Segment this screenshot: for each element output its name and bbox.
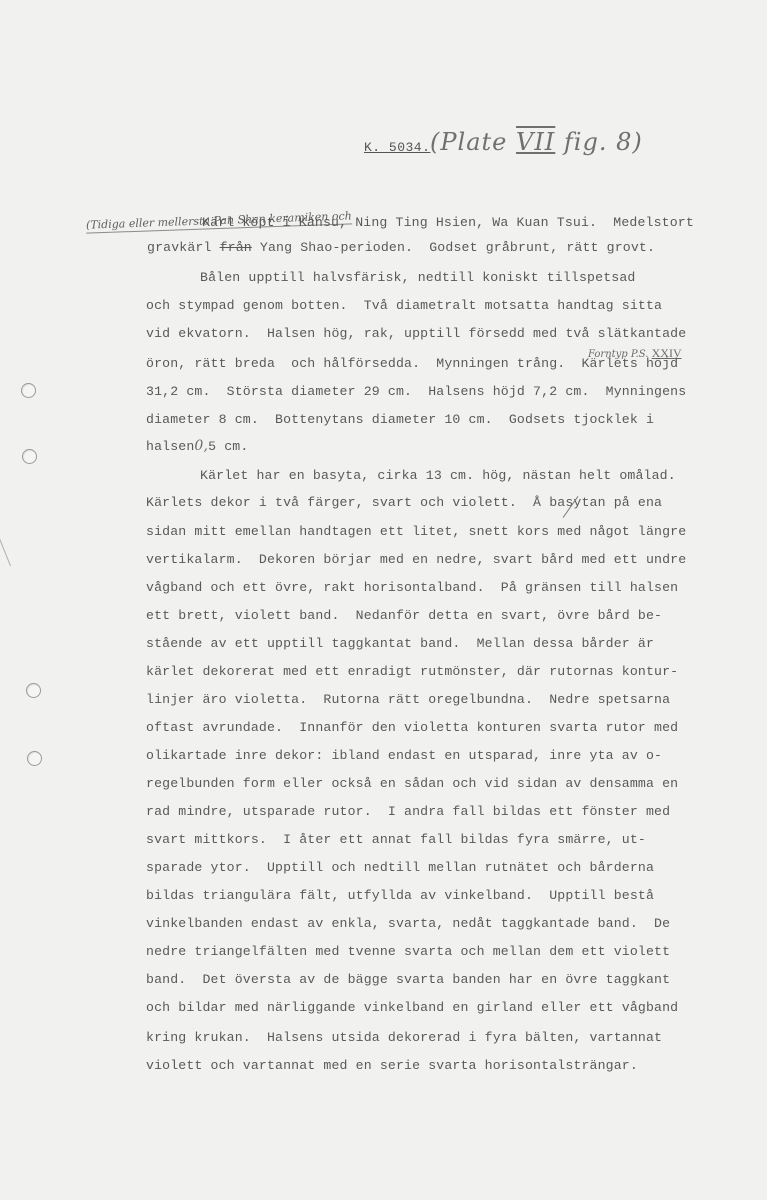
text-line: kärlet dekorerat med ett enradigt rutmön… — [146, 664, 678, 679]
catalog-number: K. 5034. — [364, 140, 430, 155]
text-line: sparade ytor. Upptill och nedtill mellan… — [146, 860, 654, 875]
typewritten-document-page: K. 5034. (Plate VII fig. 8) (Tidiga elle… — [0, 0, 767, 1200]
text-line: och bildar med närliggande vinkelband en… — [146, 1000, 678, 1015]
text-segment: gravkärl — [147, 240, 220, 255]
text-segment: Yang Shao-perioden. Godset gråbrunt, rät… — [252, 240, 655, 255]
text-line: regelbunden form eller också en sådan oc… — [146, 776, 678, 791]
text-line: violett och vartannat med en serie svart… — [146, 1058, 638, 1073]
text-line: vinkelbanden endast av enkla, svarta, ne… — [146, 916, 670, 931]
text-line: Kärlets dekor i två färger, svart och vi… — [146, 495, 662, 510]
punch-hole-icon — [21, 383, 36, 398]
text-line: 31,2 cm. Största diameter 29 cm. Halsens… — [146, 384, 686, 399]
text-line: vertikalarm. Dekoren börjar med en nedre… — [146, 552, 686, 567]
text-line: oftast avrundade. Innanför den violetta … — [146, 720, 678, 735]
plate-prefix: (Plate — [430, 128, 516, 156]
text-line: band. Det översta av de bägge svarta ban… — [146, 972, 670, 987]
punch-hole-icon — [27, 751, 42, 766]
text-line: Kärlet har en basyta, cirka 13 cm. hög, … — [200, 468, 676, 483]
text-line: rad mindre, utsparade rutor. I andra fal… — [146, 804, 670, 819]
text-line: öron, rätt breda och hålförsedda. Mynnin… — [146, 356, 678, 371]
plate-numeral: VII — [516, 128, 555, 156]
handwritten-correction: 0, — [194, 438, 208, 454]
plate-figure: fig. 8) — [555, 128, 642, 156]
text-line: gravkärl från Yang Shao-perioden. Godset… — [147, 240, 655, 255]
text-line: linjer äro violetta. Rutorna rätt oregel… — [146, 692, 670, 707]
text-line: bildas triangulära fält, utfyllda av vin… — [146, 888, 654, 903]
text-line: stående av ett upptill taggkantat band. … — [146, 636, 654, 651]
text-line: kring krukan. Halsens utsida dekorerad i… — [146, 1030, 662, 1045]
text-line: Bålen upptill halvsfärisk, nedtill konis… — [200, 270, 635, 285]
text-segment: 5 cm. — [208, 439, 248, 454]
text-line: Kärl köpt i Kansu, Ning Ting Hsien, Wa K… — [202, 215, 694, 230]
text-line: och stympad genom botten. Två diametralt… — [146, 298, 662, 313]
text-line: ett brett, violett band. Nedanför detta … — [146, 608, 662, 623]
text-line: sidan mitt emellan handtagen ett litet, … — [146, 524, 686, 539]
text-line: olikartade inre dekor: ibland endast en … — [146, 748, 662, 763]
text-line: svart mittkors. I åter ett annat fall bi… — [146, 832, 646, 847]
handwritten-plate-reference: (Plate VII fig. 8) — [430, 128, 643, 156]
text-line: vågband och ett övre, rakt horisontalban… — [146, 580, 678, 595]
text-line: halsen0,5 cm. — [146, 438, 248, 454]
text-line: nedre triangelfälten med tvenne svarta o… — [146, 944, 670, 959]
text-line: vid ekvatorn. Halsen hög, rak, upptill f… — [146, 326, 686, 341]
punch-hole-icon — [22, 449, 37, 464]
text-segment: halsen — [146, 439, 194, 454]
text-line: diameter 8 cm. Bottenytans diameter 10 c… — [146, 412, 654, 427]
punch-hole-icon — [26, 683, 41, 698]
struck-word: från — [220, 240, 252, 255]
edge-mark — [0, 536, 11, 566]
